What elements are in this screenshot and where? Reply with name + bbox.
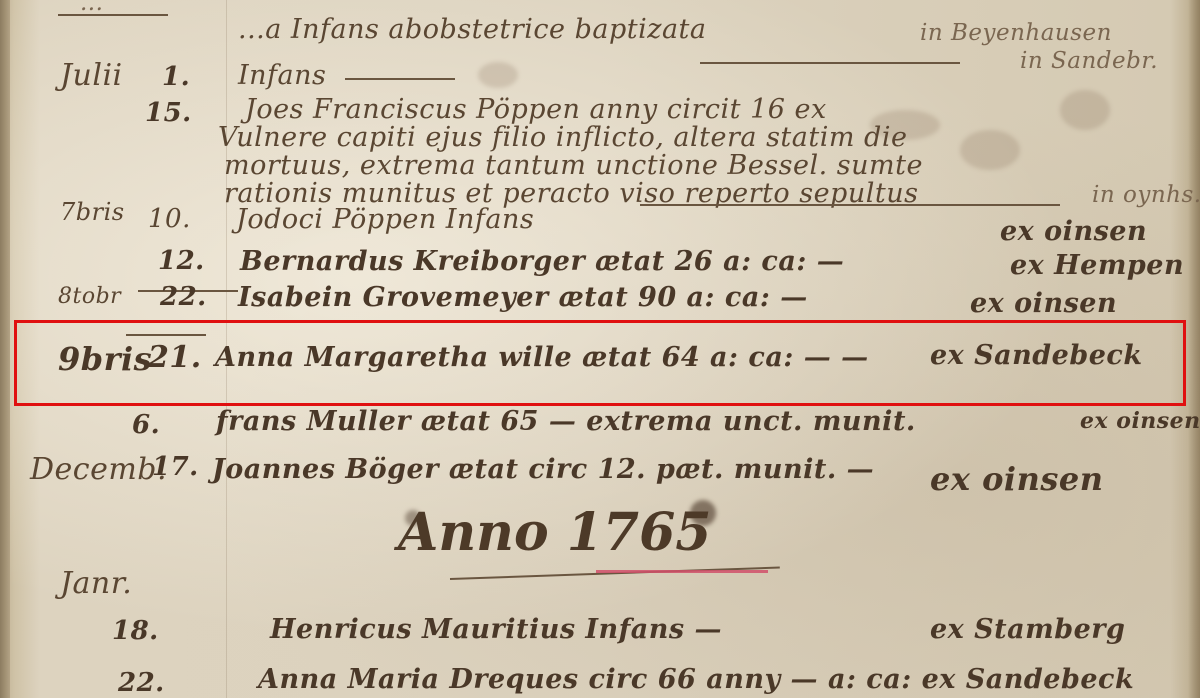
entry-line-9-place: ex oinsen xyxy=(970,288,1117,319)
year-heading: Anno 1765 xyxy=(398,502,711,563)
entry-date: 15. xyxy=(145,98,192,128)
entry-line-8-place: ex Hempen xyxy=(1010,250,1184,281)
entry-date: 6. xyxy=(132,410,160,440)
entry-line-5: mortuus, extrema tantum unctione Bessel.… xyxy=(224,150,923,181)
entry-date: 18. xyxy=(112,616,159,646)
header-underline xyxy=(58,14,168,16)
entry-rule xyxy=(700,62,960,64)
entry-line-7-place: ex oinsen xyxy=(1000,216,1147,247)
entry-line-3: Joes Franciscus Pöppen anny circit 16 ex xyxy=(245,94,827,125)
entry-date: 12. xyxy=(158,246,205,276)
entry-date: 10. xyxy=(148,204,191,234)
entry-line-11-place: ex oinsen xyxy=(1080,408,1200,434)
ink-stain xyxy=(1060,90,1110,130)
ink-stain xyxy=(960,130,1020,170)
month-margin: Janr. xyxy=(60,566,132,601)
entry-line-0: ...a Infans abobstetrice baptizata xyxy=(238,14,707,45)
register-page: ... ...a Infans abobstetrice baptizata i… xyxy=(0,0,1200,698)
month-margin: 7bris xyxy=(60,198,125,226)
month-margin: Julii xyxy=(60,58,123,93)
entry-line-14-place: ex Stamberg xyxy=(930,614,1125,645)
entry-dash xyxy=(345,78,455,80)
entry-line-11: frans Muller ætat 65 — extrema unct. mun… xyxy=(216,406,916,437)
entry-line-14: Henricus Mauritius Infans — xyxy=(270,614,722,645)
highlight-box xyxy=(14,320,1186,406)
page-edge xyxy=(1188,0,1200,698)
entry-date: 22. xyxy=(118,668,165,698)
entry-line-1-place: in Sandebr. xyxy=(1020,48,1158,74)
entry-line-15: Anna Maria Dreques circ 66 anny — a: ca:… xyxy=(258,664,1134,695)
month-margin: 8tobr xyxy=(58,284,121,309)
entry-date: 1. xyxy=(162,62,190,92)
entry-line-7: Jodoci Pöppen Infans xyxy=(236,204,534,235)
entry-line-2: Infans xyxy=(238,60,326,91)
entry-date: 17. xyxy=(152,452,199,482)
page-binding xyxy=(0,0,10,698)
month-margin: Decemb. xyxy=(30,452,167,487)
entry-line-12: Joannes Böger ætat circ 12. pæt. munit. … xyxy=(212,454,874,485)
year-underline xyxy=(450,566,780,580)
entry-line-12-place: ex oinsen xyxy=(930,460,1103,498)
entry-rule xyxy=(640,204,1060,206)
entry-line-4: Vulnere capiti ejus filio inflicto, alte… xyxy=(218,122,907,153)
year-red-underline xyxy=(596,570,768,573)
entry-line-9: Isabein Grovemeyer ætat 90 a: ca: — xyxy=(238,282,808,313)
entry-line-6-place: in oynhs. xyxy=(1092,182,1200,208)
ink-stain xyxy=(478,62,518,88)
entry-date: 22. xyxy=(160,282,207,312)
entry-line-8: Bernardus Kreiborger ætat 26 a: ca: — xyxy=(240,246,844,277)
entry-line-0-place: in Beyenhausen xyxy=(920,20,1112,46)
